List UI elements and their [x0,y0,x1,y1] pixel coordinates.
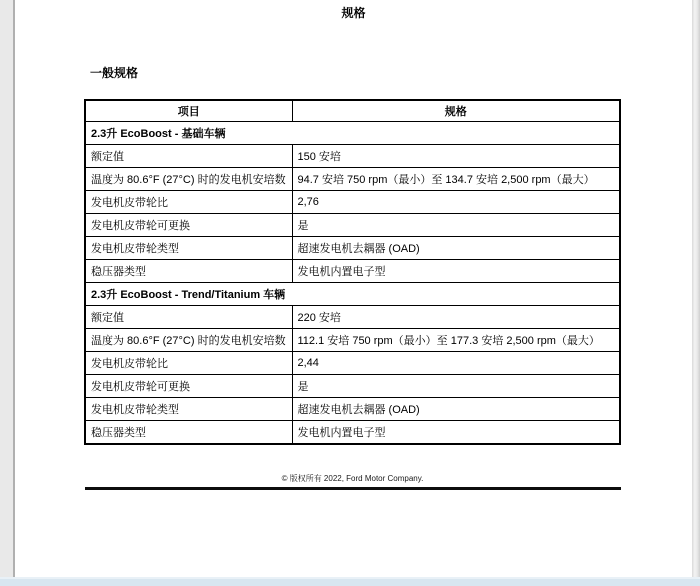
left-gutter [0,0,15,586]
table-row: 发电机皮带轮可更换是 [85,214,620,237]
table-row: 发电机皮带轮比2,76 [85,191,620,214]
bottom-bar [0,577,700,586]
section-header-cell: 2.3升 EcoBoost - Trend/Titanium 车辆 [85,283,620,306]
item-cell: 发电机皮带轮可更换 [85,214,292,237]
item-cell: 发电机皮带轮可更换 [85,375,292,398]
spec-cell: 发电机内置电子型 [292,421,620,445]
table-header-row: 项目 规格 [85,100,620,122]
page-title: 规格 [15,4,692,21]
column-header-spec: 规格 [292,100,620,122]
item-cell: 发电机皮带轮类型 [85,237,292,260]
section-header-cell: 2.3升 EcoBoost - 基础车辆 [85,122,620,145]
item-cell: 温度为 80.6°F (27°C) 时的发电机安培数 [85,168,292,191]
spec-cell: 2,76 [292,191,620,214]
table-row: 发电机皮带轮类型超速发电机去耦器 (OAD) [85,398,620,421]
document-page: 规格 一般规格 项目 规格 2.3升 EcoBoost - 基础车辆额定值150… [15,0,692,577]
copyright-text: © 版权所有 2022, Ford Motor Company. [84,473,621,484]
footer-rule [85,487,621,490]
spec-cell: 112.1 安培 750 rpm（最小）至 177.3 安培 2,500 rpm… [292,329,620,352]
spec-cell: 超速发电机去耦器 (OAD) [292,237,620,260]
item-cell: 稳压器类型 [85,421,292,445]
spec-cell: 220 安培 [292,306,620,329]
item-cell: 发电机皮带轮类型 [85,398,292,421]
item-cell: 额定值 [85,306,292,329]
table-row: 温度为 80.6°F (27°C) 时的发电机安培数94.7 安培 750 rp… [85,168,620,191]
spec-cell: 94.7 安培 750 rpm（最小）至 134.7 安培 2,500 rpm（… [292,168,620,191]
document-viewer: 规格 一般规格 项目 规格 2.3升 EcoBoost - 基础车辆额定值150… [0,0,700,586]
table-row: 稳压器类型发电机内置电子型 [85,260,620,283]
table-row: 发电机皮带轮类型超速发电机去耦器 (OAD) [85,237,620,260]
section-heading: 一般规格 [90,64,138,81]
table-row: 稳压器类型发电机内置电子型 [85,421,620,445]
spec-cell: 超速发电机去耦器 (OAD) [292,398,620,421]
vertical-scrollbar[interactable] [692,0,700,577]
item-cell: 发电机皮带轮比 [85,191,292,214]
item-cell: 稳压器类型 [85,260,292,283]
item-cell: 额定值 [85,145,292,168]
table-row: 额定值220 安培 [85,306,620,329]
table-row: 发电机皮带轮可更换是 [85,375,620,398]
table-section-row: 2.3升 EcoBoost - 基础车辆 [85,122,620,145]
table-row: 发电机皮带轮比2,44 [85,352,620,375]
column-header-item: 项目 [85,100,292,122]
item-cell: 发电机皮带轮比 [85,352,292,375]
table-row: 温度为 80.6°F (27°C) 时的发电机安培数112.1 安培 750 r… [85,329,620,352]
table-row: 额定值150 安培 [85,145,620,168]
table-section-row: 2.3升 EcoBoost - Trend/Titanium 车辆 [85,283,620,306]
spec-cell: 150 安培 [292,145,620,168]
spec-table: 项目 规格 2.3升 EcoBoost - 基础车辆额定值150 安培温度为 8… [84,99,621,445]
spec-cell: 2,44 [292,352,620,375]
item-cell: 温度为 80.6°F (27°C) 时的发电机安培数 [85,329,292,352]
spec-cell: 是 [292,214,620,237]
spec-cell: 发电机内置电子型 [292,260,620,283]
spec-cell: 是 [292,375,620,398]
